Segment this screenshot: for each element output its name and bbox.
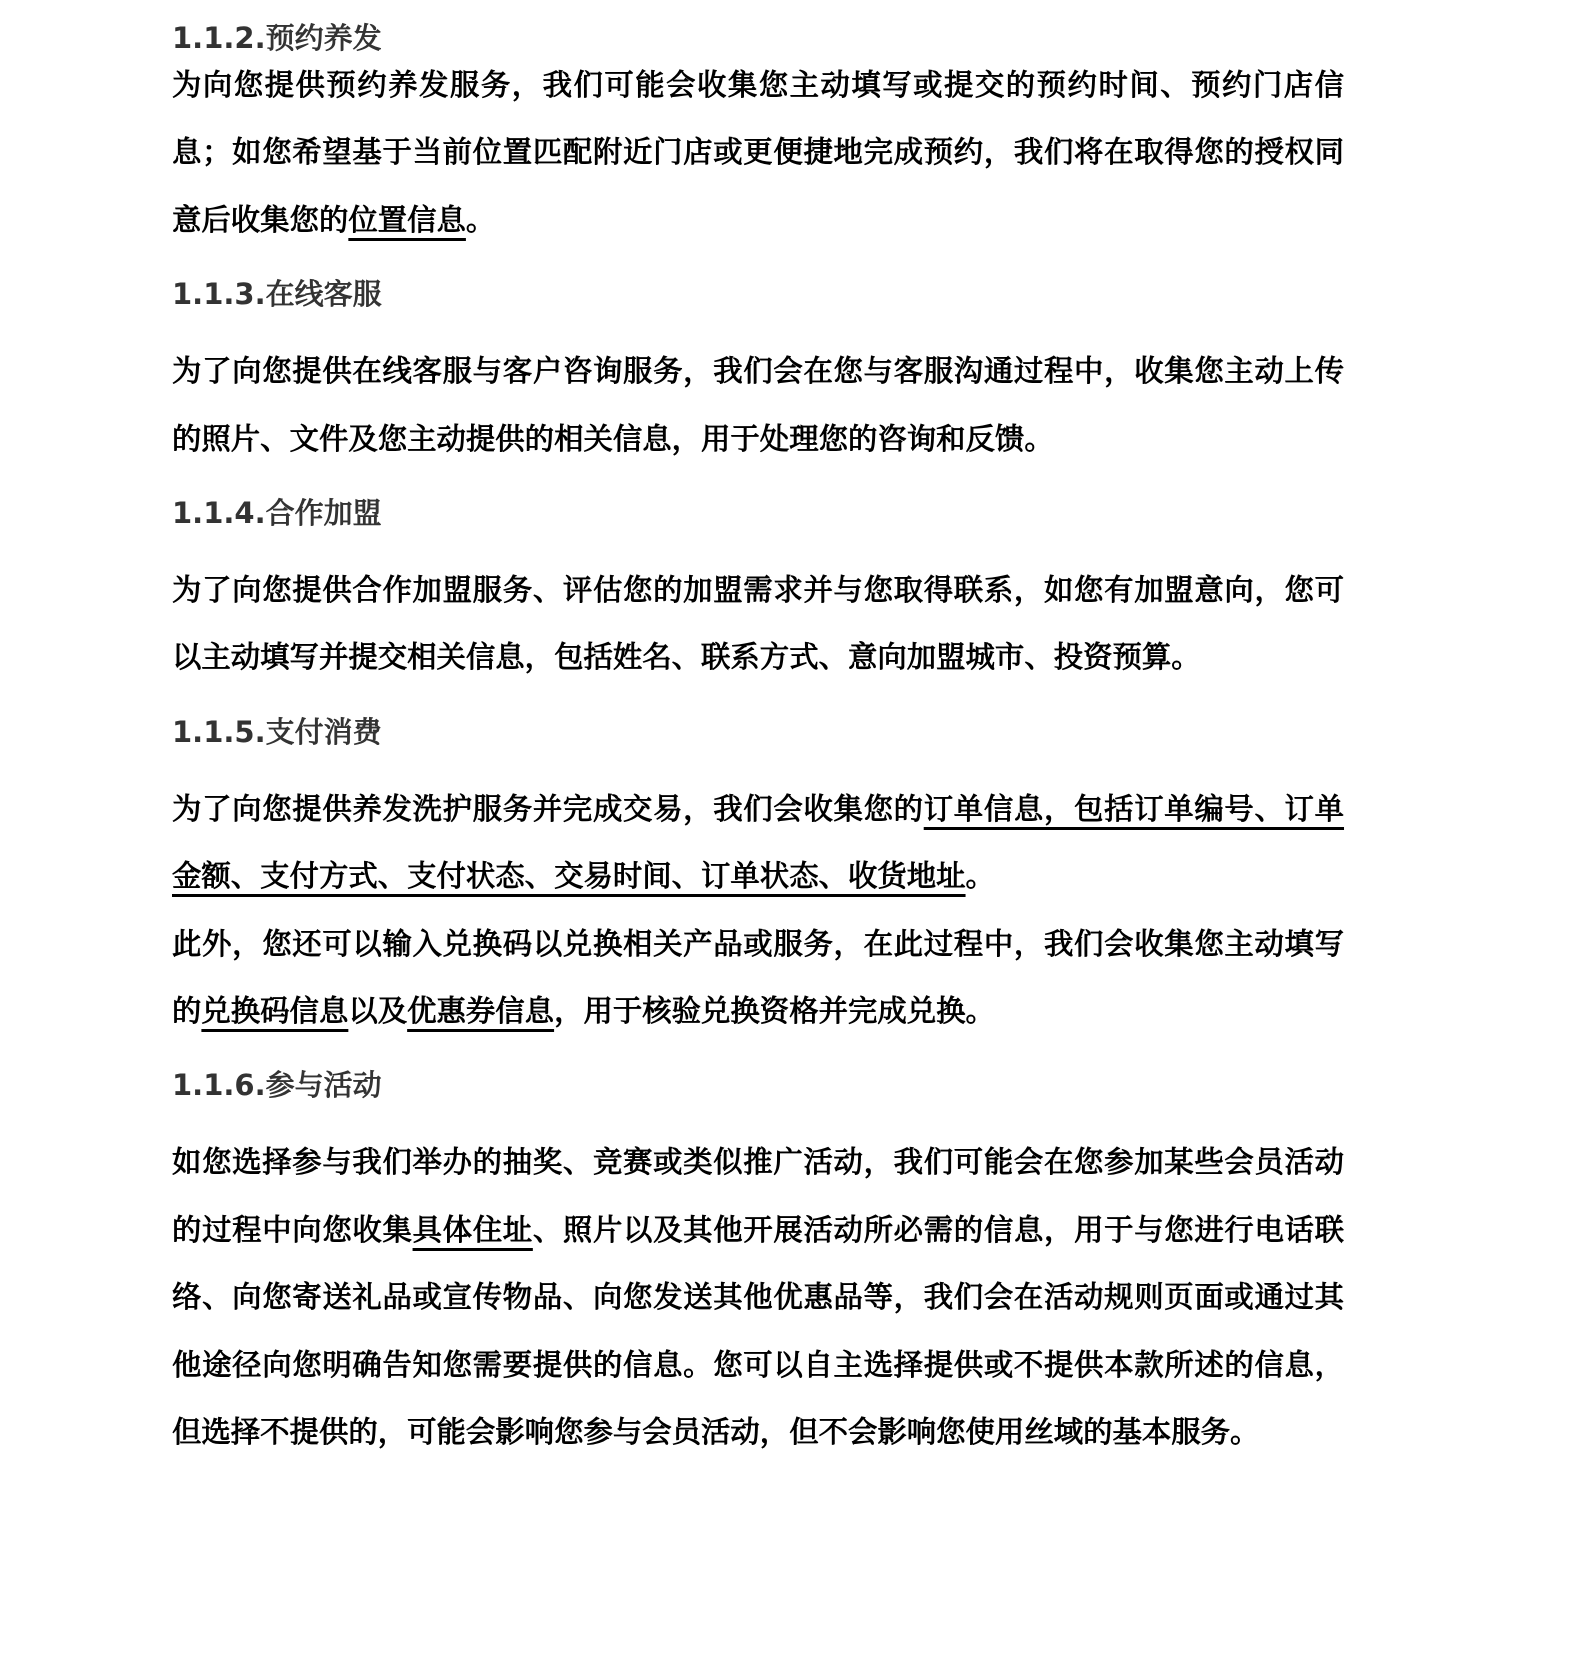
text-segment: 。	[466, 203, 495, 237]
section-paragraph: 为向您提供预约养发服务，我们可能会收集您主动填写或提交的预约时间、预约门店信息；…	[172, 52, 1344, 254]
text-segment: 。	[966, 859, 995, 893]
section-heading-activities: 1.1.6.参与活动	[172, 1061, 1344, 1109]
text-segment: 为了向您提供合作加盟服务、评估您的加盟需求并与您取得联系，如您有加盟意向，您可以…	[172, 573, 1344, 674]
text-segment: 、照片以及其他开展活动所必需的信息，用于与您进行电话联络、向您寄送礼品或宣传物品…	[172, 1213, 1344, 1449]
section-paragraph: 如您选择参与我们举办的抽奖、竞赛或类似推广活动，我们可能会在您参加某些会员活动的…	[172, 1129, 1344, 1466]
section-paragraph: 为了向您提供合作加盟服务、评估您的加盟需求并与您取得联系，如您有加盟意向，您可以…	[172, 557, 1344, 692]
underlined-term-coupon-info: 优惠券信息	[407, 994, 554, 1028]
section-online-support: 1.1.3.在线客服 为了向您提供在线客服与客户咨询服务，我们会在您与客服沟通过…	[172, 270, 1344, 473]
section-heading-payment: 1.1.5.支付消费	[172, 708, 1344, 756]
section-franchise: 1.1.4.合作加盟 为了向您提供合作加盟服务、评估您的加盟需求并与您取得联系，…	[172, 489, 1344, 692]
underlined-term-redeem-code-info: 兑换码信息	[201, 994, 348, 1028]
section-activities: 1.1.6.参与活动 如您选择参与我们举办的抽奖、竞赛或类似推广活动，我们可能会…	[172, 1061, 1344, 1466]
section-paragraph: 为了向您提供养发洗护服务并完成交易，我们会收集您的订单信息，包括订单编号、订单金…	[172, 776, 1344, 911]
section-paragraph: 为了向您提供在线客服与客户咨询服务，我们会在您与客服沟通过程中，收集您主动上传的…	[172, 338, 1344, 473]
section-heading-franchise: 1.1.4.合作加盟	[172, 489, 1344, 537]
section-appointment: 1.1.2.预约养发 为向您提供预约养发服务，我们可能会收集您主动填写或提交的预…	[172, 14, 1344, 254]
underlined-term-address: 具体住址	[413, 1213, 533, 1247]
underlined-term-location-info: 位置信息	[348, 203, 466, 237]
section-payment: 1.1.5.支付消费 为了向您提供养发洗护服务并完成交易，我们会收集您的订单信息…	[172, 708, 1344, 1046]
text-segment: 为了向您提供养发洗护服务并完成交易，我们会收集您的	[172, 792, 924, 826]
privacy-policy-document: 1.1.2.预约养发 为向您提供预约养发服务，我们可能会收集您主动填写或提交的预…	[172, 14, 1344, 1467]
section-heading-online-support: 1.1.3.在线客服	[172, 270, 1344, 318]
text-segment: 以及	[348, 994, 407, 1028]
text-segment: ，用于核验兑换资格并完成兑换。	[554, 994, 995, 1028]
section-paragraph: 此外，您还可以输入兑换码以兑换相关产品或服务，在此过程中，我们会收集您主动填写的…	[172, 911, 1344, 1046]
text-segment: 为了向您提供在线客服与客户咨询服务，我们会在您与客服沟通过程中，收集您主动上传的…	[172, 354, 1344, 455]
